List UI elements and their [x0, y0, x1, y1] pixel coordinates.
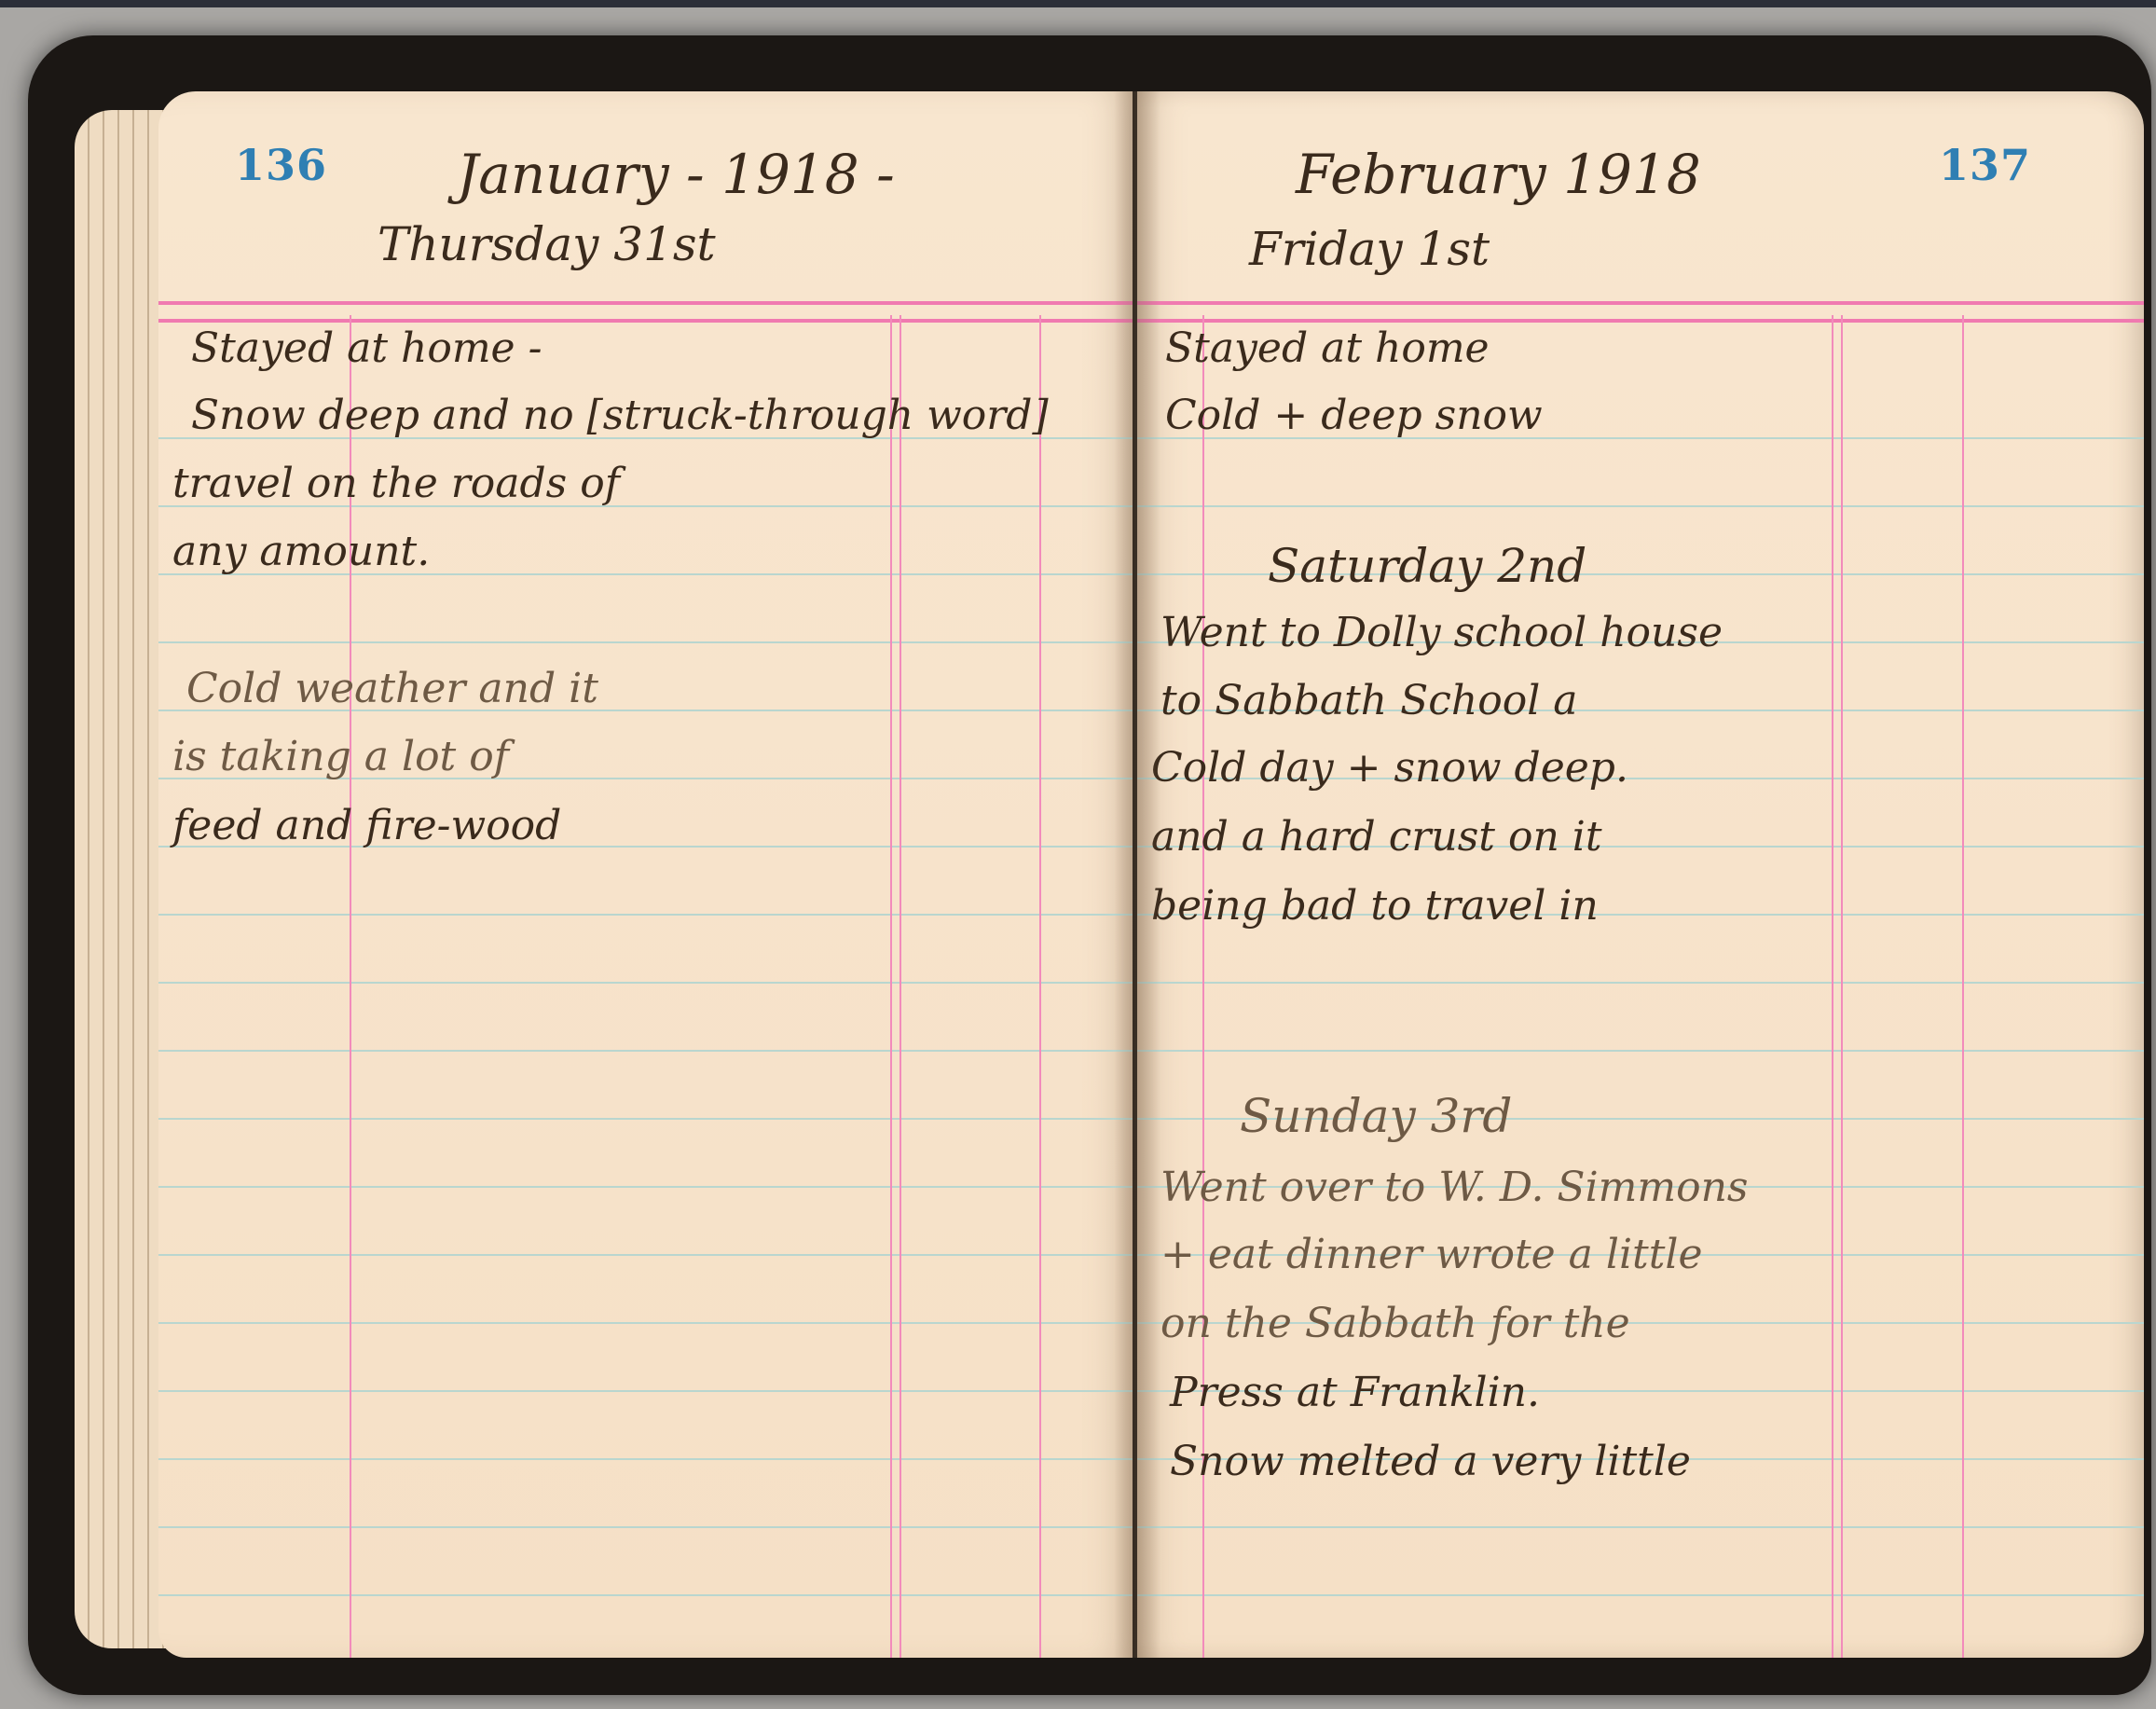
- column-rule: [1832, 315, 1843, 1658]
- month-heading: February 1918: [1296, 143, 1701, 206]
- entry-line: Stayed at home -: [191, 324, 542, 372]
- entry-line: travel on the roads of: [172, 460, 620, 507]
- header-rule: [1137, 301, 2144, 323]
- margin-rule: [350, 315, 351, 1658]
- page-edges: [75, 110, 168, 1648]
- entry-line: and a hard crust on it: [1151, 813, 1602, 861]
- day-heading: Sunday 3rd: [1240, 1089, 1512, 1143]
- entry-line: Snow deep and no [struck-through word]: [191, 392, 1049, 439]
- scanner-edge: [0, 0, 2156, 7]
- entry-line: Stayed at home: [1165, 324, 1490, 372]
- diary-book: 136 January - 1918 - Thursday 31st Staye…: [28, 35, 2151, 1695]
- month-heading: January - 1918 -: [457, 143, 895, 206]
- entry-line: to Sabbath School a: [1160, 677, 1578, 724]
- entry-line: Cold day + snow deep.: [1151, 744, 1628, 792]
- header-rule: [158, 301, 1133, 323]
- entry-line: is taking a lot of: [172, 733, 509, 780]
- left-page: 136 January - 1918 - Thursday 31st Staye…: [158, 91, 1133, 1658]
- page-number: 136: [235, 140, 327, 190]
- column-rule: [1039, 315, 1041, 1658]
- day-heading: Thursday 31st: [378, 217, 716, 271]
- entry-line: feed and fire-wood: [172, 802, 561, 849]
- day-heading: Saturday 2nd: [1268, 539, 1586, 593]
- entry-line: on the Sabbath for the: [1160, 1300, 1630, 1347]
- entry-line: Went to Dolly school house: [1160, 609, 1723, 656]
- entry-line: Snow melted a very little: [1170, 1438, 1691, 1485]
- day-heading: Friday 1st: [1249, 222, 1490, 276]
- column-rule: [1962, 315, 1964, 1658]
- spine: [1114, 91, 1160, 1658]
- entry-line: Cold + deep snow: [1165, 392, 1543, 439]
- entry-line: any amount.: [172, 528, 430, 575]
- entry-line: Press at Franklin.: [1170, 1369, 1540, 1416]
- right-page: February 1918 137 Friday 1st Stayed at h…: [1137, 91, 2144, 1658]
- entry-line: + eat dinner wrote a little: [1160, 1231, 1703, 1278]
- entry-line: Went over to W. D. Simmons: [1160, 1164, 1749, 1211]
- page-number: 137: [1939, 140, 2031, 190]
- entry-line: being bad to travel in: [1151, 882, 1599, 930]
- entry-line: Cold weather and it: [186, 665, 598, 712]
- column-rule: [890, 315, 901, 1658]
